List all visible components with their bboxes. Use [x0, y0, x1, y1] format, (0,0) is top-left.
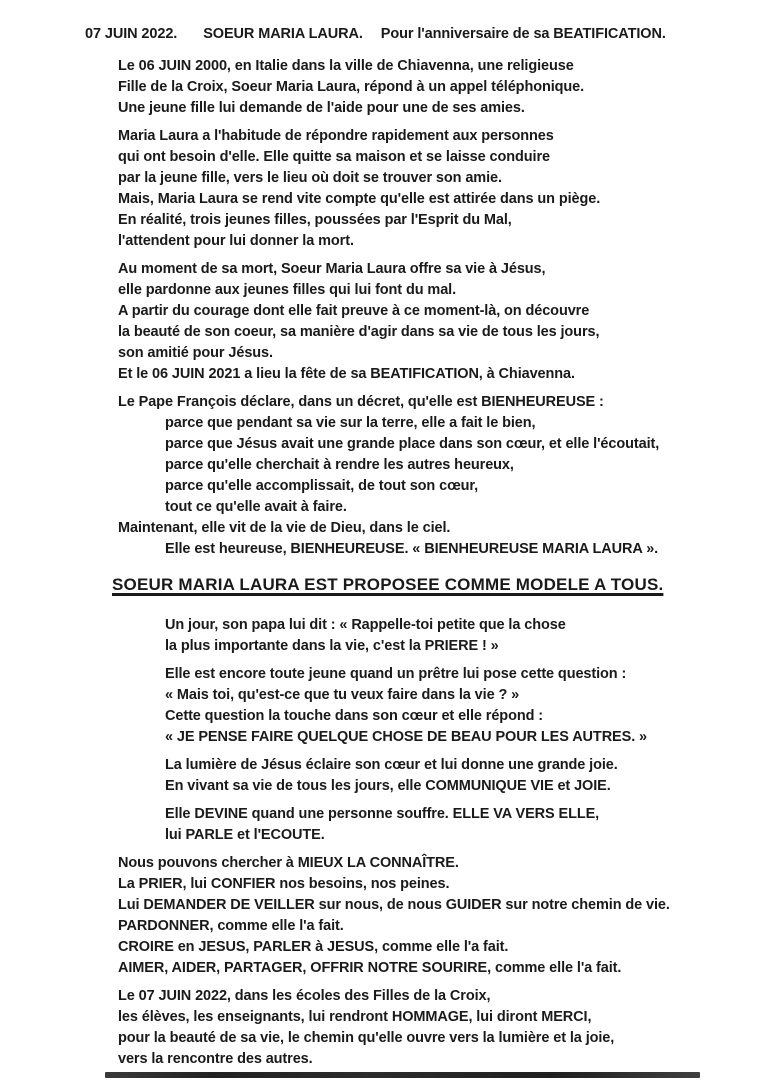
- text-line: vers la rencontre des autres.: [85, 1049, 754, 1070]
- paragraph: Le 06 JUIN 2000, en Italie dans la ville…: [85, 56, 754, 119]
- text-line: la plus importante dans la vie, c'est la…: [85, 636, 754, 657]
- text-line: Au moment de sa mort, Soeur Maria Laura …: [85, 259, 754, 280]
- text-line: A partir du courage dont elle fait preuv…: [85, 301, 754, 322]
- section-heading: SOEUR MARIA LAURA EST PROPOSEE COMME MOD…: [112, 574, 754, 595]
- text-line: Et le 06 JUIN 2021 a lieu la fête de sa …: [85, 364, 754, 385]
- text-line: lui PARLE et l'ECOUTE.: [85, 825, 754, 846]
- paragraph: Le Pape François déclare, dans un décret…: [85, 392, 754, 560]
- doc-title: SOEUR MARIA LAURA.: [203, 26, 363, 42]
- text-line: tout ce qu'elle avait à faire.: [85, 497, 754, 518]
- text-line: CROIRE en JESUS, PARLER à JESUS, comme e…: [85, 937, 754, 958]
- doc-subtitle: Pour l'anniversaire de sa BEATIFICATION.: [381, 26, 666, 42]
- text-line: qui ont besoin d'elle. Elle quitte sa ma…: [85, 147, 754, 168]
- text-line: Cette question la touche dans son cœur e…: [85, 706, 754, 727]
- text-line: son amitié pour Jésus.: [85, 343, 754, 364]
- text-line: Elle est heureuse, BIENHEUREUSE. « BIENH…: [85, 539, 754, 560]
- text-line: La lumière de Jésus éclaire son cœur et …: [85, 755, 754, 776]
- text-line: Le 06 JUIN 2000, en Italie dans la ville…: [85, 56, 754, 77]
- text-line: AIMER, AIDER, PARTAGER, OFFRIR NOTRE SOU…: [85, 958, 754, 979]
- text-line: En vivant sa vie de tous les jours, elle…: [85, 776, 754, 797]
- paragraph: Maria Laura a l'habitude de répondre rap…: [85, 126, 754, 252]
- text-line: Elle est encore toute jeune quand un prê…: [85, 664, 754, 685]
- doc-date: 07 JUIN 2022.: [85, 26, 177, 42]
- text-line: Mais, Maria Laura se rend vite compte qu…: [85, 189, 754, 210]
- text-line: Fille de la Croix, Soeur Maria Laura, ré…: [85, 77, 754, 98]
- text-line: Une jeune fille lui demande de l'aide po…: [85, 98, 754, 119]
- scan-edge-artifact: [105, 1072, 700, 1078]
- paragraph: Nous pouvons chercher à MIEUX LA CONNAÎT…: [85, 853, 754, 979]
- text-line: PARDONNER, comme elle l'a fait.: [85, 916, 754, 937]
- text-line: Nous pouvons chercher à MIEUX LA CONNAÎT…: [85, 853, 754, 874]
- text-line: La PRIER, lui CONFIER nos besoins, nos p…: [85, 874, 754, 895]
- text-line: Le 07 JUIN 2022, dans les écoles des Fil…: [85, 986, 754, 1007]
- text-line: elle pardonne aux jeunes filles qui lui …: [85, 280, 754, 301]
- text-line: les élèves, les enseignants, lui rendron…: [85, 1007, 754, 1028]
- text-line: l'attendent pour lui donner la mort.: [85, 231, 754, 252]
- text-line: par la jeune fille, vers le lieu où doit…: [85, 168, 754, 189]
- text-line: « Mais toi, qu'est-ce que tu veux faire …: [85, 685, 754, 706]
- text-line: Maria Laura a l'habitude de répondre rap…: [85, 126, 754, 147]
- text-line: parce que pendant sa vie sur la terre, e…: [85, 413, 754, 434]
- text-line: En réalité, trois jeunes filles, poussée…: [85, 210, 754, 231]
- document-page: 07 JUIN 2022.SOEUR MARIA LAURA.Pour l'an…: [0, 0, 764, 1080]
- text-line: Un jour, son papa lui dit : « Rappelle-t…: [85, 615, 754, 636]
- text-line: parce que Jésus avait une grande place d…: [85, 434, 754, 455]
- paragraph: Un jour, son papa lui dit : « Rappelle-t…: [85, 615, 754, 657]
- document-sections: Le 06 JUIN 2000, en Italie dans la ville…: [85, 56, 754, 1070]
- text-line: la beauté de son coeur, sa manière d'agi…: [85, 322, 754, 343]
- text-line: parce qu'elle cherchait à rendre les aut…: [85, 455, 754, 476]
- text-line: Maintenant, elle vit de la vie de Dieu, …: [85, 518, 754, 539]
- text-line: « JE PENSE FAIRE QUELQUE CHOSE DE BEAU P…: [85, 727, 754, 748]
- text-line: parce qu'elle accomplissait, de tout son…: [85, 476, 754, 497]
- text-line: Elle DEVINE quand une personne souffre. …: [85, 804, 754, 825]
- document-body: 07 JUIN 2022.SOEUR MARIA LAURA.Pour l'an…: [85, 24, 754, 1077]
- text-line: Lui DEMANDER DE VEILLER sur nous, de nou…: [85, 895, 754, 916]
- paragraph: Le 07 JUIN 2022, dans les écoles des Fil…: [85, 986, 754, 1070]
- paragraph: Elle DEVINE quand une personne souffre. …: [85, 804, 754, 846]
- document-header: 07 JUIN 2022.SOEUR MARIA LAURA.Pour l'an…: [85, 24, 754, 45]
- text-line: pour la beauté de sa vie, le chemin qu'e…: [85, 1028, 754, 1049]
- text-line: Le Pape François déclare, dans un décret…: [85, 392, 754, 413]
- paragraph: Elle est encore toute jeune quand un prê…: [85, 664, 754, 748]
- paragraph: Au moment de sa mort, Soeur Maria Laura …: [85, 259, 754, 385]
- paragraph: La lumière de Jésus éclaire son cœur et …: [85, 755, 754, 797]
